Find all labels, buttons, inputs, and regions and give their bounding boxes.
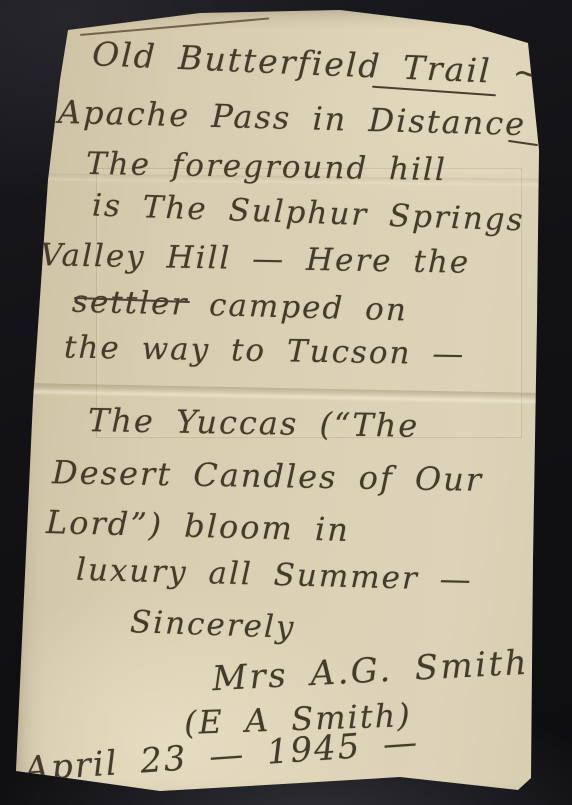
handwritten-line: The Yuccas (“The bbox=[88, 401, 420, 445]
handwritten-line: Desert Candles of Our bbox=[52, 453, 484, 499]
handwritten-line: Valley Hill — Here the bbox=[40, 237, 471, 281]
handwritten-line: the way to Tucson — bbox=[64, 330, 466, 373]
letter-paper: Old Butterfield Trail ~ Apache Pass in D… bbox=[0, 0, 572, 805]
handwritten-closing: Sincerely bbox=[129, 604, 296, 646]
photo-canvas: Old Butterfield Trail ~ Apache Pass in D… bbox=[0, 0, 572, 805]
handwritten-line: The foreground hill bbox=[86, 146, 447, 188]
handwritten-line: Lord”) bloom in bbox=[46, 503, 351, 549]
